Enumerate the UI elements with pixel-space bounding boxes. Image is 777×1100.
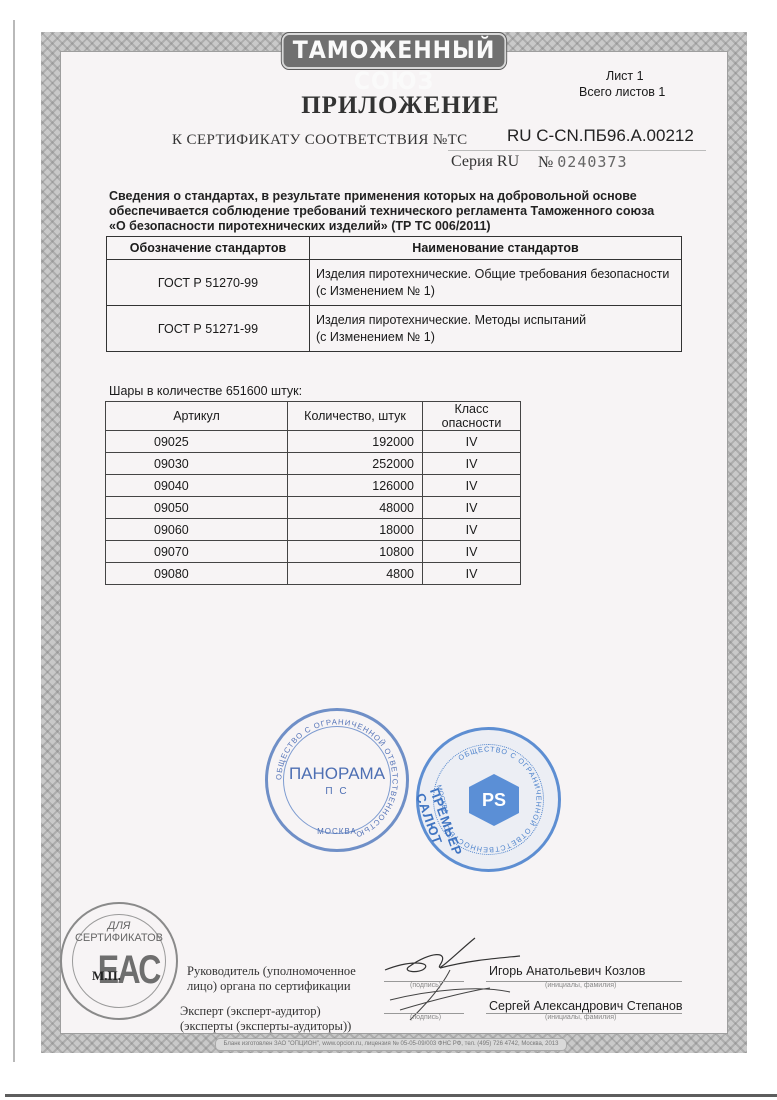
series-label: Серия RU bbox=[451, 153, 519, 171]
article-cell: 09060 bbox=[106, 519, 288, 541]
standard-name: Изделия пиротехнические. Общие требовани… bbox=[310, 260, 682, 306]
label-line: Эксперт (эксперт-аудитор) bbox=[180, 1004, 351, 1019]
table-row: 090804800IV bbox=[106, 563, 521, 585]
table-row: 0905048000IV bbox=[106, 497, 521, 519]
name-caption: (инициалы, фамилия) bbox=[545, 982, 616, 989]
column-header-quantity: Количество, штук bbox=[288, 402, 423, 431]
article-cell: 09030 bbox=[106, 453, 288, 475]
table-row: 09030252000IV bbox=[106, 453, 521, 475]
customs-union-banner: ТАМОЖЕННЫЙ СОЮЗ bbox=[282, 33, 506, 69]
label-line: Руководитель (уполномоченное bbox=[187, 964, 356, 979]
column-header-name: Наименование стандартов bbox=[310, 237, 682, 260]
scan-bottom-line bbox=[5, 1094, 777, 1097]
hazard-class-cell: IV bbox=[423, 519, 521, 541]
column-header-code: Обозначение стандартов bbox=[107, 237, 310, 260]
standard-code: ГОСТ Р 51271-99 bbox=[107, 306, 310, 352]
name-caption: (инициалы, фамилия) bbox=[545, 1014, 616, 1021]
scan-edge-line bbox=[13, 20, 15, 1062]
series-number: № 0240373 bbox=[538, 153, 627, 172]
series-number-value: 0240373 bbox=[557, 153, 627, 171]
column-header-article: Артикул bbox=[106, 402, 288, 431]
certificate-label: К СЕРТИФИКАТУ СООТВЕТСТВИЯ №ТС bbox=[172, 132, 468, 149]
article-cell: 09025 bbox=[106, 431, 288, 453]
table-row: ГОСТ Р 51271-99 Изделия пиротехнические.… bbox=[107, 306, 682, 352]
expert-signatory-label: Эксперт (эксперт-аудитор) (эксперты (экс… bbox=[180, 1004, 351, 1034]
hazard-class-cell: IV bbox=[423, 497, 521, 519]
standard-amendment: (с Изменением № 1) bbox=[316, 283, 675, 300]
seal-place-label: М.П. bbox=[92, 968, 121, 984]
items-caption: Шары в количестве 651600 штук: bbox=[109, 384, 302, 398]
table-row: 0906018000IV bbox=[106, 519, 521, 541]
document-title: ПРИЛОЖЕНИЕ bbox=[0, 92, 777, 120]
stamp-company-sub: П С bbox=[268, 786, 406, 797]
head-signatory-name: Игорь Анатольевич Козлов bbox=[489, 964, 645, 978]
table-row: 0907010800IV bbox=[106, 541, 521, 563]
label-line: лицо) органа по сертификации bbox=[187, 979, 356, 994]
items-table: Артикул Количество, штук Класс опасности… bbox=[105, 401, 521, 585]
eac-certification-stamp: ДЛЯ СЕРТИФИКАТОВ ЕАС bbox=[60, 902, 178, 1020]
table-header-row: Обозначение стандартов Наименование стан… bbox=[107, 237, 682, 260]
premier-salute-stamp: ОБЩЕСТВО С ОГРАНИЧЕННОЙ ОТВЕТСТВЕННОСТЬЮ… bbox=[416, 727, 561, 872]
quantity-cell: 10800 bbox=[288, 541, 423, 563]
sheet-number: Лист 1 bbox=[606, 68, 644, 85]
series-number-prefix: № bbox=[538, 154, 553, 171]
stamp-text-certificates: СЕРТИФИКАТОВ bbox=[62, 932, 176, 944]
handwritten-signature bbox=[380, 930, 530, 1030]
head-signatory-label: Руководитель (уполномоченное лицо) орган… bbox=[187, 964, 356, 994]
standard-amendment: (с Изменением № 1) bbox=[316, 329, 675, 346]
panorama-stamp: ОБЩЕСТВО С ОГРАНИЧЕННОЙ ОТВЕТСТВЕННОСТЬЮ… bbox=[265, 708, 409, 852]
stamp-company-name: ПАНОРАМА bbox=[268, 764, 406, 784]
hazard-class-cell: IV bbox=[423, 541, 521, 563]
intro-line: Сведения о стандартах, в результате прим… bbox=[109, 189, 681, 204]
certificate-number: RU C-CN.ПБ96.А.00212 bbox=[507, 126, 694, 146]
article-cell: 09050 bbox=[106, 497, 288, 519]
article-cell: 09080 bbox=[106, 563, 288, 585]
table-row: ГОСТ Р 51270-99 Изделия пиротехнические.… bbox=[107, 260, 682, 306]
hazard-class-cell: IV bbox=[423, 431, 521, 453]
label-line: (эксперты (эксперты-аудиторы)) bbox=[180, 1019, 351, 1034]
standard-name: Изделия пиротехнические. Методы испытани… bbox=[310, 306, 682, 352]
article-cell: 09070 bbox=[106, 541, 288, 563]
hazard-class-cell: IV bbox=[423, 475, 521, 497]
hazard-class-cell: IV bbox=[423, 563, 521, 585]
items-table-body: 09025192000IV09030252000IV09040126000IV0… bbox=[106, 431, 521, 585]
standards-table: Обозначение стандартов Наименование стан… bbox=[106, 236, 682, 352]
table-row: 09040126000IV bbox=[106, 475, 521, 497]
quantity-cell: 192000 bbox=[288, 431, 423, 453]
standard-name-line: Изделия пиротехнические. Общие требовани… bbox=[316, 266, 675, 283]
intro-line: обеспечивается соблюдение требований тех… bbox=[109, 204, 681, 219]
quantity-cell: 252000 bbox=[288, 453, 423, 475]
quantity-cell: 48000 bbox=[288, 497, 423, 519]
stamp-city: МОСКВА bbox=[268, 827, 406, 836]
printer-imprint: Бланк изготовлен ЗАО "ОПЦИОН", www.opcio… bbox=[215, 1038, 567, 1051]
standards-intro: Сведения о стандартах, в результате прим… bbox=[109, 189, 681, 234]
intro-line: «О безопасности пиротехнических изделий»… bbox=[109, 219, 681, 234]
standard-code: ГОСТ Р 51270-99 bbox=[107, 260, 310, 306]
standard-name-line: Изделия пиротехнические. Методы испытани… bbox=[316, 312, 675, 329]
signature-caption: (подпись) bbox=[410, 982, 441, 989]
stamp-text-for: ДЛЯ bbox=[62, 920, 176, 932]
column-header-hazard-class: Класс опасности bbox=[423, 402, 521, 431]
hazard-class-cell: IV bbox=[423, 453, 521, 475]
signature-caption: (подпись) bbox=[410, 1014, 441, 1021]
table-header-row: Артикул Количество, штук Класс опасности bbox=[106, 402, 521, 431]
quantity-cell: 126000 bbox=[288, 475, 423, 497]
table-row: 09025192000IV bbox=[106, 431, 521, 453]
article-cell: 09040 bbox=[106, 475, 288, 497]
quantity-cell: 18000 bbox=[288, 519, 423, 541]
quantity-cell: 4800 bbox=[288, 563, 423, 585]
certificate-underline bbox=[448, 150, 706, 151]
expert-signatory-name: Сергей Александрович Степанов bbox=[489, 999, 683, 1013]
